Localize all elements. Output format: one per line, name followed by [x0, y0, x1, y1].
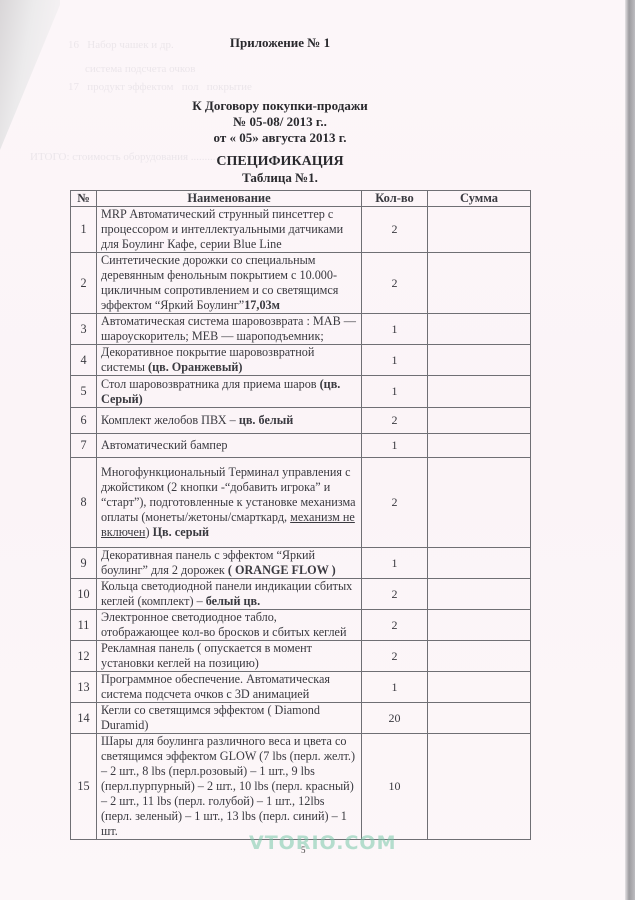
item-name-text: MRP Автоматический струнный пинсеттер с … — [101, 207, 343, 251]
row-number: 8 — [71, 458, 97, 548]
row-number: 9 — [71, 548, 97, 579]
header-quantity: Кол-во — [362, 191, 428, 207]
row-quantity: 1 — [362, 434, 428, 458]
row-sum — [428, 734, 531, 840]
row-item-name: Автоматический бампер — [97, 434, 362, 458]
row-number: 13 — [71, 672, 97, 703]
row-item-name: Рекламная панель ( опускается в момент у… — [97, 641, 362, 672]
row-number: 10 — [71, 579, 97, 610]
table-row: 15Шары для боулинга различного веса и цв… — [71, 734, 531, 840]
header-name: Наименование — [97, 191, 362, 207]
table-row: 1MRP Автоматический струнный пинсеттер с… — [71, 207, 531, 253]
row-quantity: 2 — [362, 610, 428, 641]
header-sum: Сумма — [428, 191, 531, 207]
item-name-tail: ) — [145, 525, 152, 539]
row-quantity: 2 — [362, 458, 428, 548]
row-item-name: Программное обеспечение. Автоматическая … — [97, 672, 362, 703]
row-item-name: Декоративное покрытие шаровозвратной сис… — [97, 345, 362, 376]
row-sum — [428, 672, 531, 703]
row-sum — [428, 703, 531, 734]
table-header-row: № Наименование Кол-во Сумма — [71, 191, 531, 207]
row-sum — [428, 579, 531, 610]
row-number: 2 — [71, 253, 97, 314]
row-number: 1 — [71, 207, 97, 253]
row-quantity: 1 — [362, 548, 428, 579]
table-title: Таблица №1. — [0, 170, 560, 186]
row-sum — [428, 610, 531, 641]
item-name-text: Рекламная панель ( опускается в момент у… — [101, 641, 312, 670]
item-name-text: Электронное светодиодное табло, отобража… — [101, 610, 347, 639]
row-item-name: Декоративная панель с эффектом “Яркий бо… — [97, 548, 362, 579]
row-number: 14 — [71, 703, 97, 734]
table-row: 8Многофункциональный Терминал управления… — [71, 458, 531, 548]
row-quantity: 2 — [362, 408, 428, 434]
item-name-text: Автоматический бампер — [101, 438, 227, 452]
table-row: 5Стол шаровозвратника для приема шаров (… — [71, 376, 531, 408]
contract-name: К Договору покупки-продажи — [0, 98, 560, 114]
row-quantity: 1 — [362, 376, 428, 408]
row-number: 5 — [71, 376, 97, 408]
row-quantity: 20 — [362, 703, 428, 734]
specification-table: № Наименование Кол-во Сумма 1MRP Автомат… — [70, 190, 531, 840]
page-number: 5 — [301, 845, 306, 855]
row-item-name: Кольца светодиодной панели индикации сби… — [97, 579, 362, 610]
row-sum — [428, 548, 531, 579]
scanned-page: 16 Набор чашек и др. система подсчета оч… — [0, 0, 635, 900]
row-quantity: 2 — [362, 207, 428, 253]
table-row: 9Декоративная панель с эффектом “Яркий б… — [71, 548, 531, 579]
bleed-through-text: система подсчета очков — [85, 62, 195, 76]
row-sum — [428, 253, 531, 314]
row-sum — [428, 207, 531, 253]
row-quantity: 1 — [362, 672, 428, 703]
row-sum — [428, 408, 531, 434]
row-sum — [428, 458, 531, 548]
row-item-name: MRP Автоматический струнный пинсеттер с … — [97, 207, 362, 253]
row-number: 4 — [71, 345, 97, 376]
item-name-text: Синтетические дорожки со специальным дер… — [101, 253, 338, 312]
table-row: 10Кольца светодиодной панели индикации с… — [71, 579, 531, 610]
row-number: 12 — [71, 641, 97, 672]
table-row: 6Комплект желобов ПВХ – цв. белый2 — [71, 408, 531, 434]
row-quantity: 2 — [362, 579, 428, 610]
row-quantity: 1 — [362, 314, 428, 345]
table-row: 12Рекламная панель ( опускается в момент… — [71, 641, 531, 672]
table-row: 14Кегли со светящимся эффектом ( Diamond… — [71, 703, 531, 734]
table-row: 11Электронное светодиодное табло, отобра… — [71, 610, 531, 641]
row-quantity: 2 — [362, 253, 428, 314]
row-number: 6 — [71, 408, 97, 434]
table-row: 7Автоматический бампер1 — [71, 434, 531, 458]
row-sum — [428, 434, 531, 458]
contract-reference: К Договору покупки-продажи № 05-08/ 2013… — [0, 98, 560, 146]
row-sum — [428, 345, 531, 376]
header-number: № — [71, 191, 97, 207]
row-sum — [428, 376, 531, 408]
item-name-emphasis: 17,03м — [244, 298, 280, 312]
row-number: 7 — [71, 434, 97, 458]
table-row: 2Синтетические дорожки со специальным де… — [71, 253, 531, 314]
item-name-text: Программное обеспечение. Автоматическая … — [101, 672, 330, 701]
contract-date: от « 05» августа 2013 г. — [0, 130, 560, 146]
row-quantity: 1 — [362, 345, 428, 376]
item-name-text: Кегли со светящимся эффектом ( Diamond D… — [101, 703, 320, 732]
row-item-name: Синтетические дорожки со специальным дер… — [97, 253, 362, 314]
row-number: 3 — [71, 314, 97, 345]
row-number: 11 — [71, 610, 97, 641]
row-item-name: Кегли со светящимся эффектом ( Diamond D… — [97, 703, 362, 734]
item-name-emphasis: (цв. Оранжевый) — [148, 360, 242, 374]
item-name-text: Автоматическая система шаровозврата : MA… — [101, 314, 356, 343]
table-row: 3Автоматическая система шаровозврата : M… — [71, 314, 531, 345]
row-quantity: 10 — [362, 734, 428, 840]
item-name-text: Шары для боулинга различного веса и цвет… — [101, 734, 355, 838]
item-name-emphasis: цв. белый — [239, 413, 293, 427]
table-row: 4Декоративное покрытие шаровозвратной си… — [71, 345, 531, 376]
specification-title: СПЕЦИФИКАЦИЯ — [0, 154, 560, 170]
item-name-text: Комплект желобов ПВХ – — [101, 413, 239, 427]
contract-number: № 05-08/ 2013 г.. — [0, 114, 560, 130]
row-sum — [428, 641, 531, 672]
row-number: 15 — [71, 734, 97, 840]
item-name-text: Стол шаровозвратника для приема шаров — [101, 377, 320, 391]
table-row: 13Программное обеспечение. Автоматическа… — [71, 672, 531, 703]
row-item-name: Комплект желобов ПВХ – цв. белый — [97, 408, 362, 434]
scanner-edge — [625, 0, 635, 900]
row-quantity: 2 — [362, 641, 428, 672]
annex-title: Приложение № 1 — [0, 35, 560, 51]
item-name-emphasis: белый цв. — [206, 594, 260, 608]
item-name-emphasis: ( ORANGE FLOW ) — [228, 563, 336, 577]
row-item-name: Шары для боулинга различного веса и цвет… — [97, 734, 362, 840]
row-item-name: Стол шаровозвратника для приема шаров (ц… — [97, 376, 362, 408]
item-name-emphasis: Цв. серый — [153, 525, 209, 539]
bleed-through-text: 17 продукт эффектом пол покрытие — [68, 80, 252, 94]
row-sum — [428, 314, 531, 345]
row-item-name: Электронное светодиодное табло, отобража… — [97, 610, 362, 641]
row-item-name: Многофункциональный Терминал управления … — [97, 458, 362, 548]
watermark: VTORIO.COM — [249, 832, 396, 854]
row-item-name: Автоматическая система шаровозврата : MA… — [97, 314, 362, 345]
